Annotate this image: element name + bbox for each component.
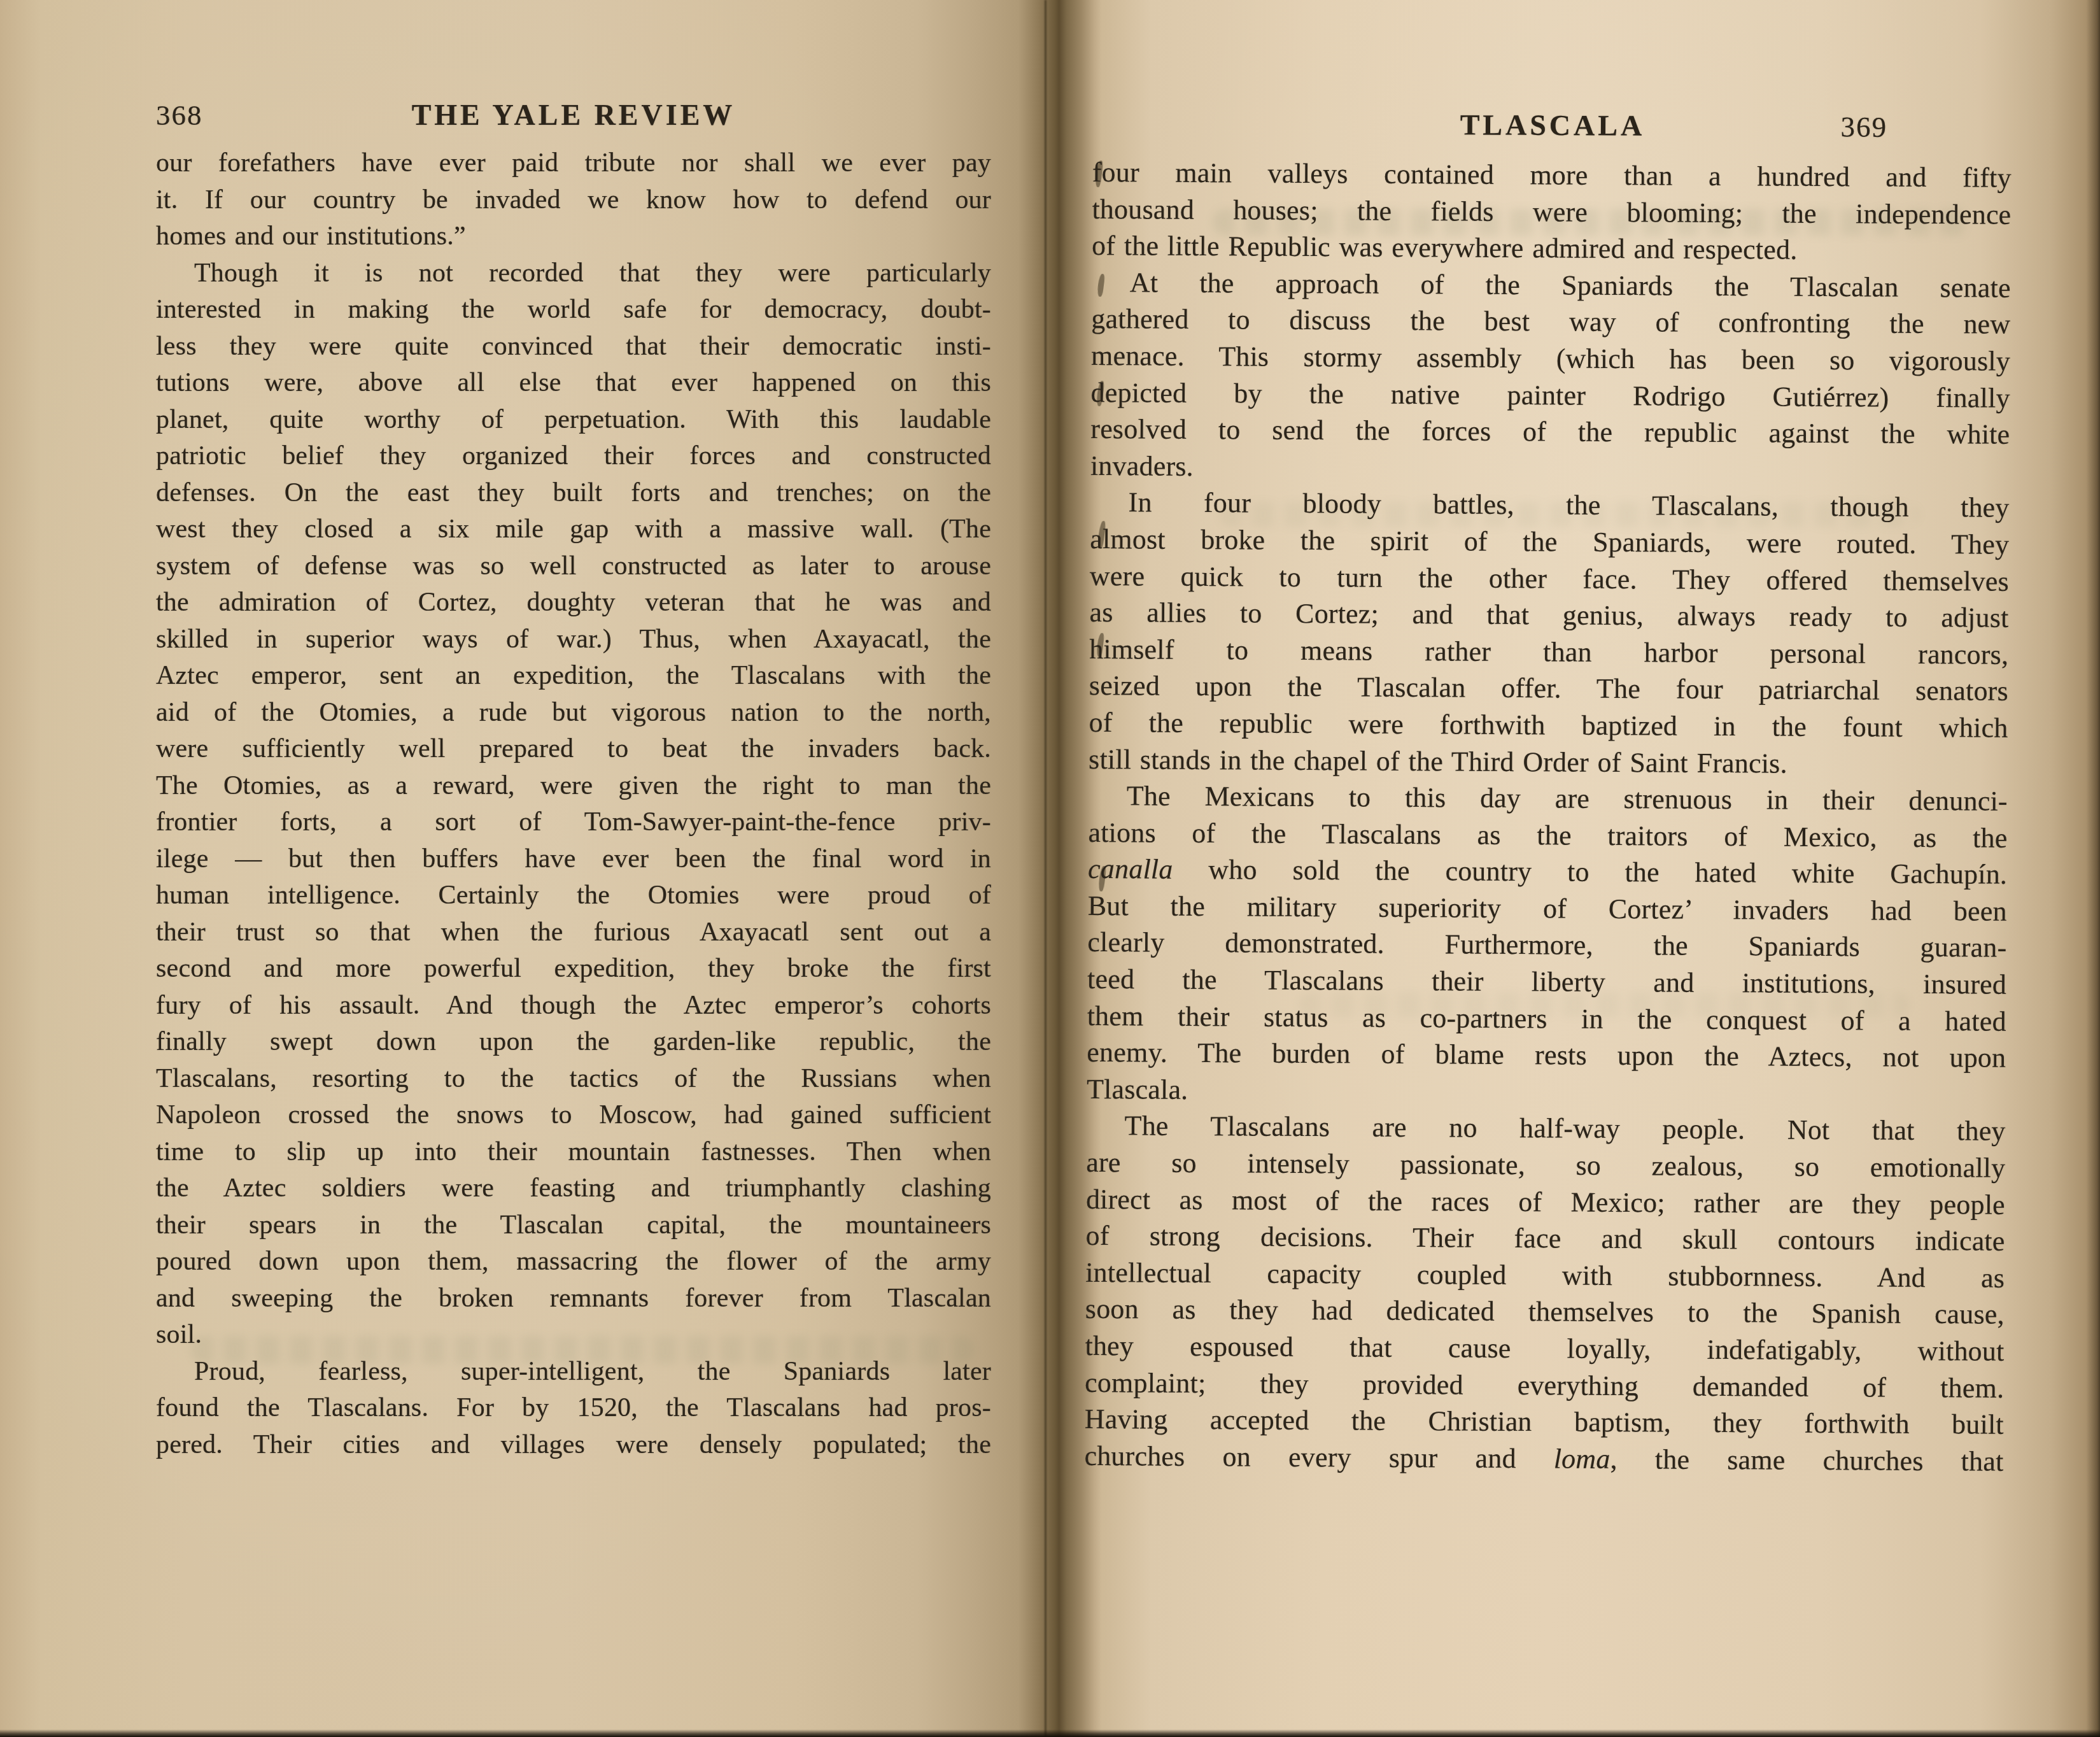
text-line: four main valleys contained more than a …	[1092, 154, 2012, 196]
text-line: soon as they had dedicated themselves to…	[1085, 1291, 2005, 1333]
text-line: thousand houses; the fields were bloomin…	[1092, 191, 2011, 233]
text-line: menace. This stormy assembly (which has …	[1091, 337, 2010, 379]
text-line: ations of the Tlascalans as the traitors…	[1088, 814, 2007, 856]
text-line: Napoleon crossed the snows to Moscow, ha…	[156, 1097, 991, 1134]
text-line: finally swept down upon the garden-like …	[156, 1024, 991, 1061]
text-line: interested in making the world safe for …	[156, 292, 991, 329]
text-line: At the approach of the Spaniards the Tla…	[1092, 264, 2011, 306]
text-line: In four bloody battles, the Tlascalans, …	[1090, 484, 2009, 526]
text-line: homes and our institutions.”	[156, 218, 991, 255]
text-line: it. If our country be invaded we know ho…	[156, 182, 991, 219]
book-scan: 368 THE YALE REVIEW TLASCALA 369 our for…	[0, 0, 2100, 1737]
text-line: system of defense was so well constructe…	[156, 548, 991, 585]
text-line: churches on every spur and loma, the sam…	[1084, 1438, 2003, 1480]
text-line: fury of his assault. And though the Azte…	[156, 988, 991, 1024]
text-line: our forefathers have ever paid tribute n…	[156, 145, 991, 182]
text-line: their spears in the Tlascalan capital, t…	[156, 1207, 991, 1244]
text-line: the Aztec soldiers were feasting and tri…	[156, 1170, 991, 1207]
right-page-text: four main valleys contained more than a …	[1084, 154, 2012, 1480]
text-line: Aztec emperor, sent an expedition, the T…	[156, 658, 991, 695]
text-line: Proud, fearless, super-intelligent, the …	[156, 1354, 991, 1391]
text-line: the admiration of Cortez, doughty vetera…	[156, 585, 991, 621]
right-page-header: TLASCALA 369	[1094, 103, 2012, 148]
text-line: But the military superiority of Cortez’ …	[1088, 888, 2007, 930]
text-line: depicted by the native painter Rodrigo G…	[1091, 374, 2010, 416]
text-line: teed the Tlascalans their liberty and in…	[1087, 961, 2006, 1003]
running-title-right: TLASCALA	[1460, 105, 1645, 146]
text-line: skilled in superior ways of war.) Thus, …	[156, 621, 991, 658]
text-line: were quick to turn the other face. They …	[1090, 558, 2009, 600]
text-line: planet, quite worthy of perpetuation. Wi…	[156, 402, 991, 439]
text-line: gathered to discuss the best way of conf…	[1091, 301, 2010, 343]
text-line: seized upon the Tlascalan offer. The fou…	[1089, 667, 2008, 709]
text-line: Though it is not recorded that they were…	[156, 255, 991, 292]
text-line: The Tlascalans are no half-way people. N…	[1087, 1107, 2006, 1149]
text-line: clearly demonstrated. Furthermore, the S…	[1087, 924, 2006, 966]
left-page-header: 368 THE YALE REVIEW	[156, 96, 991, 135]
text-line: The Mexicans to this day are strenuous i…	[1089, 777, 2008, 819]
text-line: Tlascala.	[1087, 1071, 2006, 1113]
text-line: their trust so that when the furious Axa…	[156, 914, 991, 951]
text-line: complaint; they provided everything dema…	[1085, 1365, 2004, 1407]
text-line: less they were quite convinced that thei…	[156, 329, 991, 365]
page-number-left: 368	[156, 96, 203, 135]
text-line: them their status as co-partners in the …	[1087, 998, 2006, 1040]
scan-bottom-edge	[0, 1729, 2100, 1737]
text-line: are so intensely passionate, so zealous,…	[1086, 1144, 2005, 1186]
text-line: aid of the Otomies, a rude but vigorous …	[156, 695, 991, 732]
text-line: and sweeping the broken remnants forever…	[156, 1280, 991, 1317]
text-line: invaders.	[1090, 448, 2010, 490]
text-line: tutions were, above all else that ever h…	[156, 365, 991, 402]
text-line: Tlascalans, resorting to the tactics of …	[156, 1061, 991, 1098]
text-line: second and more powerful expedition, the…	[156, 951, 991, 988]
text-line: of the little Republic was everywhere ad…	[1092, 227, 2011, 269]
left-page-text: our forefathers have ever paid tribute n…	[156, 145, 991, 1463]
text-line: defenses. On the east they built forts a…	[156, 475, 991, 512]
page-number-right: 369	[1840, 107, 1887, 146]
text-line: as allies to Cortez; and that genius, al…	[1089, 594, 2008, 636]
text-line: they espoused that cause loyally, indefa…	[1085, 1328, 2004, 1370]
text-line: soil.	[156, 1317, 991, 1354]
text-line: found the Tlascalans. For by 1520, the T…	[156, 1390, 991, 1427]
running-title-left: THE YALE REVIEW	[412, 96, 736, 135]
text-line: frontier forts, a sort of Tom-Sawyer-pai…	[156, 804, 991, 841]
text-line: The Otomies, as a reward, were given the…	[156, 768, 991, 805]
text-line: himself to means rather than harbor pers…	[1089, 631, 2008, 673]
text-line: patriotic belief they organized their fo…	[156, 438, 991, 475]
text-line: time to slip up into their mountain fast…	[156, 1134, 991, 1171]
text-line: west they closed a six mile gap with a m…	[156, 511, 991, 548]
text-line: poured down upon them, massacring the fl…	[156, 1244, 991, 1280]
text-line: of strong decisions. Their face and skul…	[1085, 1217, 2005, 1259]
text-line: almost broke the spirit of the Spaniards…	[1090, 521, 2009, 563]
binding-crease	[1045, 0, 1046, 1737]
text-line: enemy. The burden of blame rests upon th…	[1087, 1034, 2006, 1076]
text-line: resolved to send the forces of the repub…	[1090, 411, 2010, 453]
text-line: ilege — but then buffers have ever been …	[156, 841, 991, 878]
text-line: direct as most of the races of Mexico; r…	[1086, 1181, 2005, 1223]
text-line: were sufficiently well prepared to beat …	[156, 731, 991, 768]
text-line: human intelligence. Certainly the Otomie…	[156, 877, 991, 914]
text-line: pered. Their cities and villages were de…	[156, 1427, 991, 1464]
text-line: Having accepted the Christian baptism, t…	[1085, 1401, 2004, 1443]
text-line: intellectual capacity coupled with stubb…	[1085, 1254, 2005, 1296]
text-line: of the republic were forthwith baptized …	[1089, 704, 2008, 746]
text-line: still stands in the chapel of the Third …	[1089, 741, 2008, 783]
text-line: canalla who sold the country to the hate…	[1088, 851, 2007, 893]
